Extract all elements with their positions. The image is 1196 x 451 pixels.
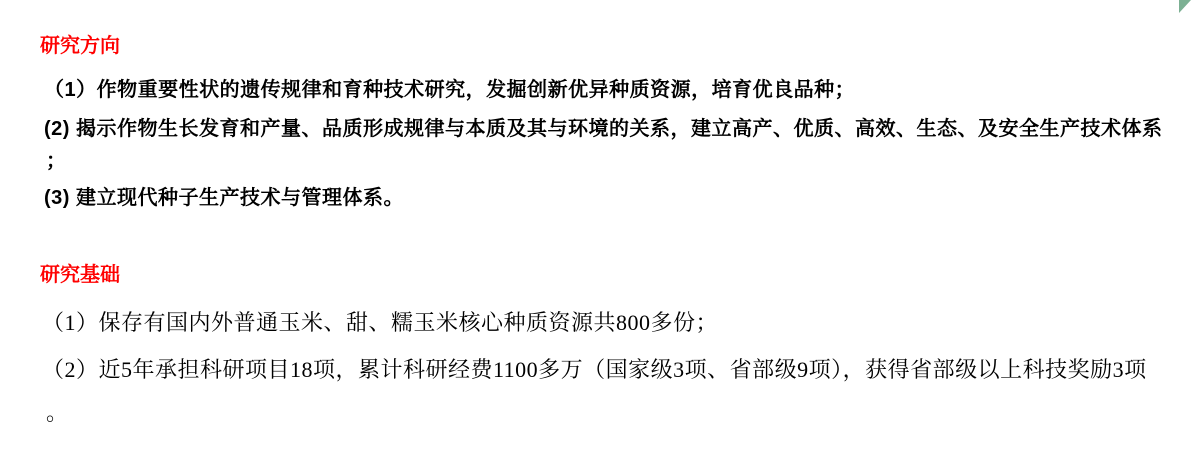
paragraph-line: （1）作物重要性状的遗传规律和育种技术研究，发掘创新优异种质资源，培育优良品种； <box>44 77 855 103</box>
paragraph-line-wrapped-punctuation: ； <box>46 148 67 174</box>
paragraph-line: (2) 揭示作物生长发育和产量、品质形成规律与本质及其与环境的关系，建立高产、优… <box>44 116 1163 142</box>
paragraph-line: （2）近5年承担科研项目18项，累计科研经费1100多万（国家级3项、省部级9项… <box>42 356 1147 384</box>
paragraph-line-wrapped-punctuation: 。 <box>46 399 69 427</box>
green-corner-triangle-icon <box>1179 0 1191 13</box>
section-heading-research-direction: 研究方向 <box>40 33 120 59</box>
paragraph-line: (3) 建立现代种子生产技术与管理体系。 <box>44 185 404 211</box>
section-heading-research-foundation: 研究基础 <box>40 262 120 288</box>
paragraph-line: （1）保存有国内外普通玉米、甜、糯玉米核心种质资源共800多份； <box>42 309 718 337</box>
document-page: 研究方向 （1）作物重要性状的遗传规律和育种技术研究，发掘创新优异种质资源，培育… <box>0 0 1196 451</box>
